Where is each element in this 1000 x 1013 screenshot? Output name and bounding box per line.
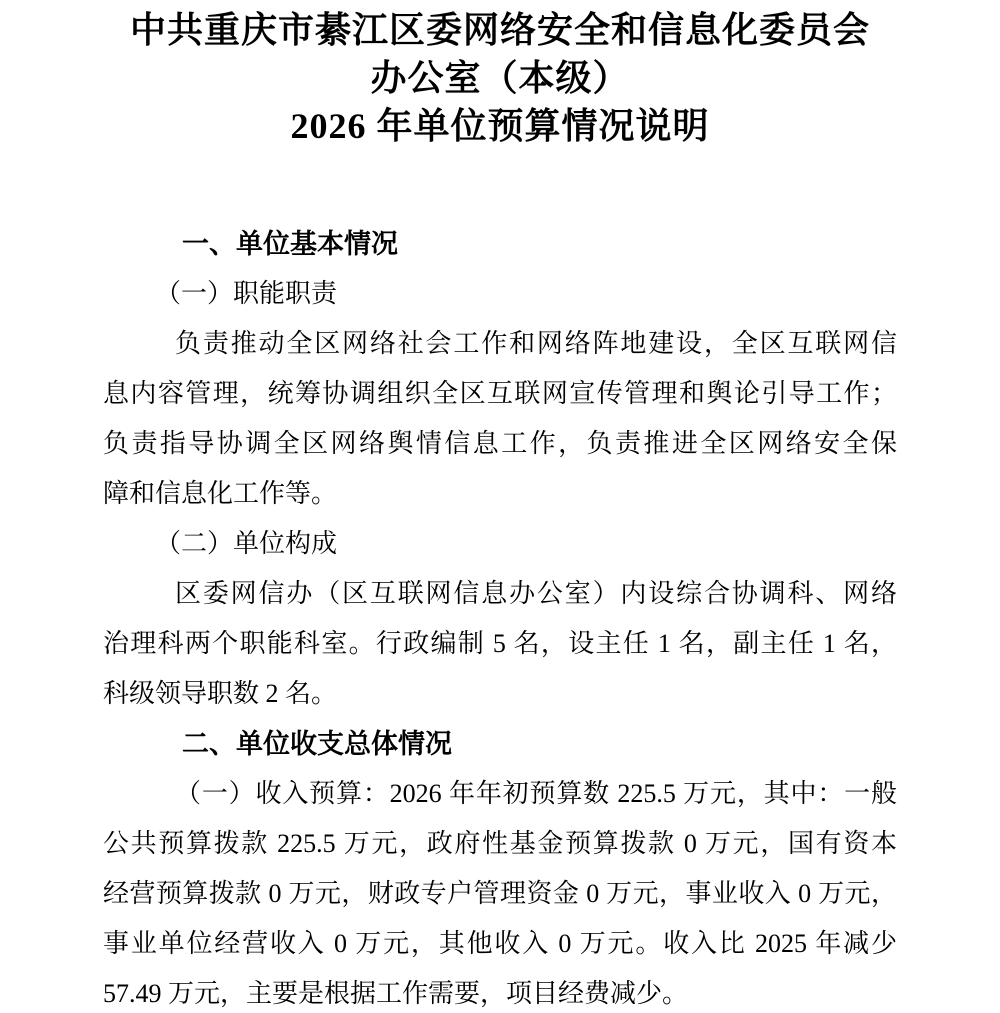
section-heading-budget-overview: 二、单位收支总体情况 [103, 719, 897, 769]
document-title-line-3: 2026 年单位预算情况说明 [0, 102, 1000, 150]
paragraph-line: 57.49 万元，主要是根据工作需要，项目经费减少。 [103, 969, 897, 1013]
paragraph-line: 负责指导协调全区网络舆情信息工作，负责推进全区网络安全保 [103, 419, 897, 469]
document-title-line-1: 中共重庆市綦江区委网络安全和信息化委员会 [0, 6, 1000, 54]
paragraph-line: 障和信息化工作等。 [103, 469, 897, 519]
paragraph-line: 息内容管理，统筹协调组织全区互联网宣传管理和舆论引导工作； [103, 369, 897, 419]
document-body: 一、单位基本情况 （一）职能职责 负责推动全区网络社会工作和网络阵地建设，全区互… [103, 219, 897, 1013]
paragraph-line: （一）收入预算：2026 年年初预算数 225.5 万元，其中：一般 [103, 769, 897, 819]
paragraph-line: 负责推动全区网络社会工作和网络阵地建设，全区互联网信 [103, 319, 897, 369]
section-heading-basic-info: 一、单位基本情况 [103, 219, 897, 269]
document-title: 中共重庆市綦江区委网络安全和信息化委员会 办公室（本级） 2026 年单位预算情… [0, 0, 1000, 150]
paragraph-line: 公共预算拨款 225.5 万元，政府性基金预算拨款 0 万元，国有资本 [103, 819, 897, 869]
paragraph-line: 治理科两个职能科室。行政编制 5 名，设主任 1 名，副主任 1 名， [103, 619, 897, 669]
paragraph-line: 区委网信办（区互联网信息办公室）内设综合协调科、网络 [103, 569, 897, 619]
paragraph-line: 事业单位经营收入 0 万元，其他收入 0 万元。收入比 2025 年减少 [103, 919, 897, 969]
subsection-heading-composition: （二）单位构成 [103, 519, 897, 569]
paragraph-line: 经营预算拨款 0 万元，财政专户管理资金 0 万元，事业收入 0 万元， [103, 869, 897, 919]
paragraph-line: 科级领导职数 2 名。 [103, 669, 897, 719]
document-page: 中共重庆市綦江区委网络安全和信息化委员会 办公室（本级） 2026 年单位预算情… [0, 0, 1000, 1013]
document-title-line-2: 办公室（本级） [0, 54, 1000, 102]
subsection-heading-duties: （一）职能职责 [103, 269, 897, 319]
